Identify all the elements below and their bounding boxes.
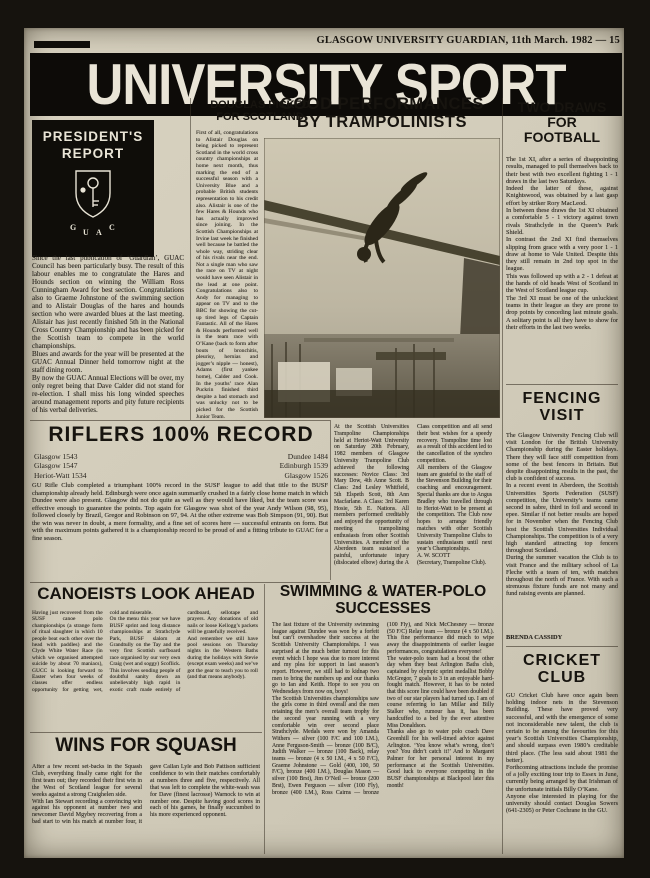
trampolinist-photo (264, 138, 500, 418)
cricket-headline: CRICKET CLUB (506, 652, 618, 687)
svg-text:C: C (109, 223, 115, 232)
presidents-report-box: PRESIDENT'S REPORT GUAC (32, 120, 154, 257)
trampoline-headline: GOOD PERFORMANCES BY TRAMPOLINISTS (262, 96, 502, 132)
section-rule (30, 732, 262, 733)
riflers-scores: Glasgow 1543 Dundee 1484 Glasgow 1547 Ed… (34, 452, 328, 480)
score-home: Heriot-Watt 1534 (34, 471, 87, 480)
registration-mark (34, 41, 90, 48)
fencing-headline: FENCING VISIT (506, 390, 618, 425)
score-row: Glasgow 1543 Dundee 1484 (34, 452, 328, 461)
newspaper-page: GLASGOW UNIVERSITY GUARDIAN, 11th March.… (0, 0, 650, 878)
canoeists-body: Having just recovered from the SUSF cano… (32, 610, 258, 728)
paper-sheet: GLASGOW UNIVERSITY GUARDIAN, 11th March.… (24, 28, 624, 858)
score-row: Heriot-Watt 1534 Glasgow 1526 (34, 471, 328, 480)
riflers-headline: RIFLERS 100% RECORD (32, 424, 330, 447)
fencing-body: The Glasgow University Fencing Club will… (506, 432, 618, 632)
masthead-line: GLASGOW UNIVERSITY GUARDIAN, 11th March.… (224, 35, 620, 46)
score-row: Glasgow 1547 Edinburgh 1539 (34, 461, 328, 470)
trampoline-body: At the Scottish Universities Trampoline … (334, 424, 492, 580)
fencing-byline: BRENDA CASSIDY (506, 634, 618, 641)
svg-text:U: U (83, 228, 89, 237)
squash-headline: WINS FOR SQUASH (32, 736, 260, 757)
column-rule (190, 98, 191, 420)
presidents-report-title: PRESIDENT'S REPORT (43, 129, 143, 163)
score-home: Glasgow 1547 (34, 461, 78, 470)
cricket-body: GU Cricket Club have once again been hol… (506, 692, 618, 854)
section-rule (30, 420, 330, 421)
column-rule (264, 584, 265, 854)
column-rule (502, 98, 503, 854)
column-rule (330, 420, 331, 580)
canoeists-headline: CANOEISTS LOOK AHEAD (32, 585, 260, 603)
football-headline: TWO DRAWS FOR FOOTBALL (506, 100, 618, 145)
swimming-headline: SWIMMING & WATER-POLO SUCCESSES (270, 584, 496, 617)
svg-text:G: G (70, 223, 76, 232)
section-rule (506, 646, 618, 647)
guac-crest-icon: GUAC (62, 163, 124, 241)
riflers-body: GU Rifle Club completed a triumphant 100… (32, 482, 328, 580)
douglas-body: First of all, congratulations to Alistai… (196, 130, 258, 420)
squash-body: After a few recent set-backs in the Squa… (32, 764, 260, 856)
score-away: Edinburgh 1539 (280, 461, 328, 470)
presidents-report-body: Since the last publication of ‘Guardian’… (32, 254, 184, 418)
swimming-body: The last fixture of the University swimm… (272, 622, 494, 854)
score-away: Dundee 1484 (288, 452, 328, 461)
football-body: The 1st XI, after a series of disappoint… (506, 156, 618, 380)
score-home: Glasgow 1543 (34, 452, 78, 461)
svg-text:A: A (96, 228, 102, 237)
score-away: Glasgow 1526 (284, 471, 328, 480)
section-rule (506, 384, 618, 385)
